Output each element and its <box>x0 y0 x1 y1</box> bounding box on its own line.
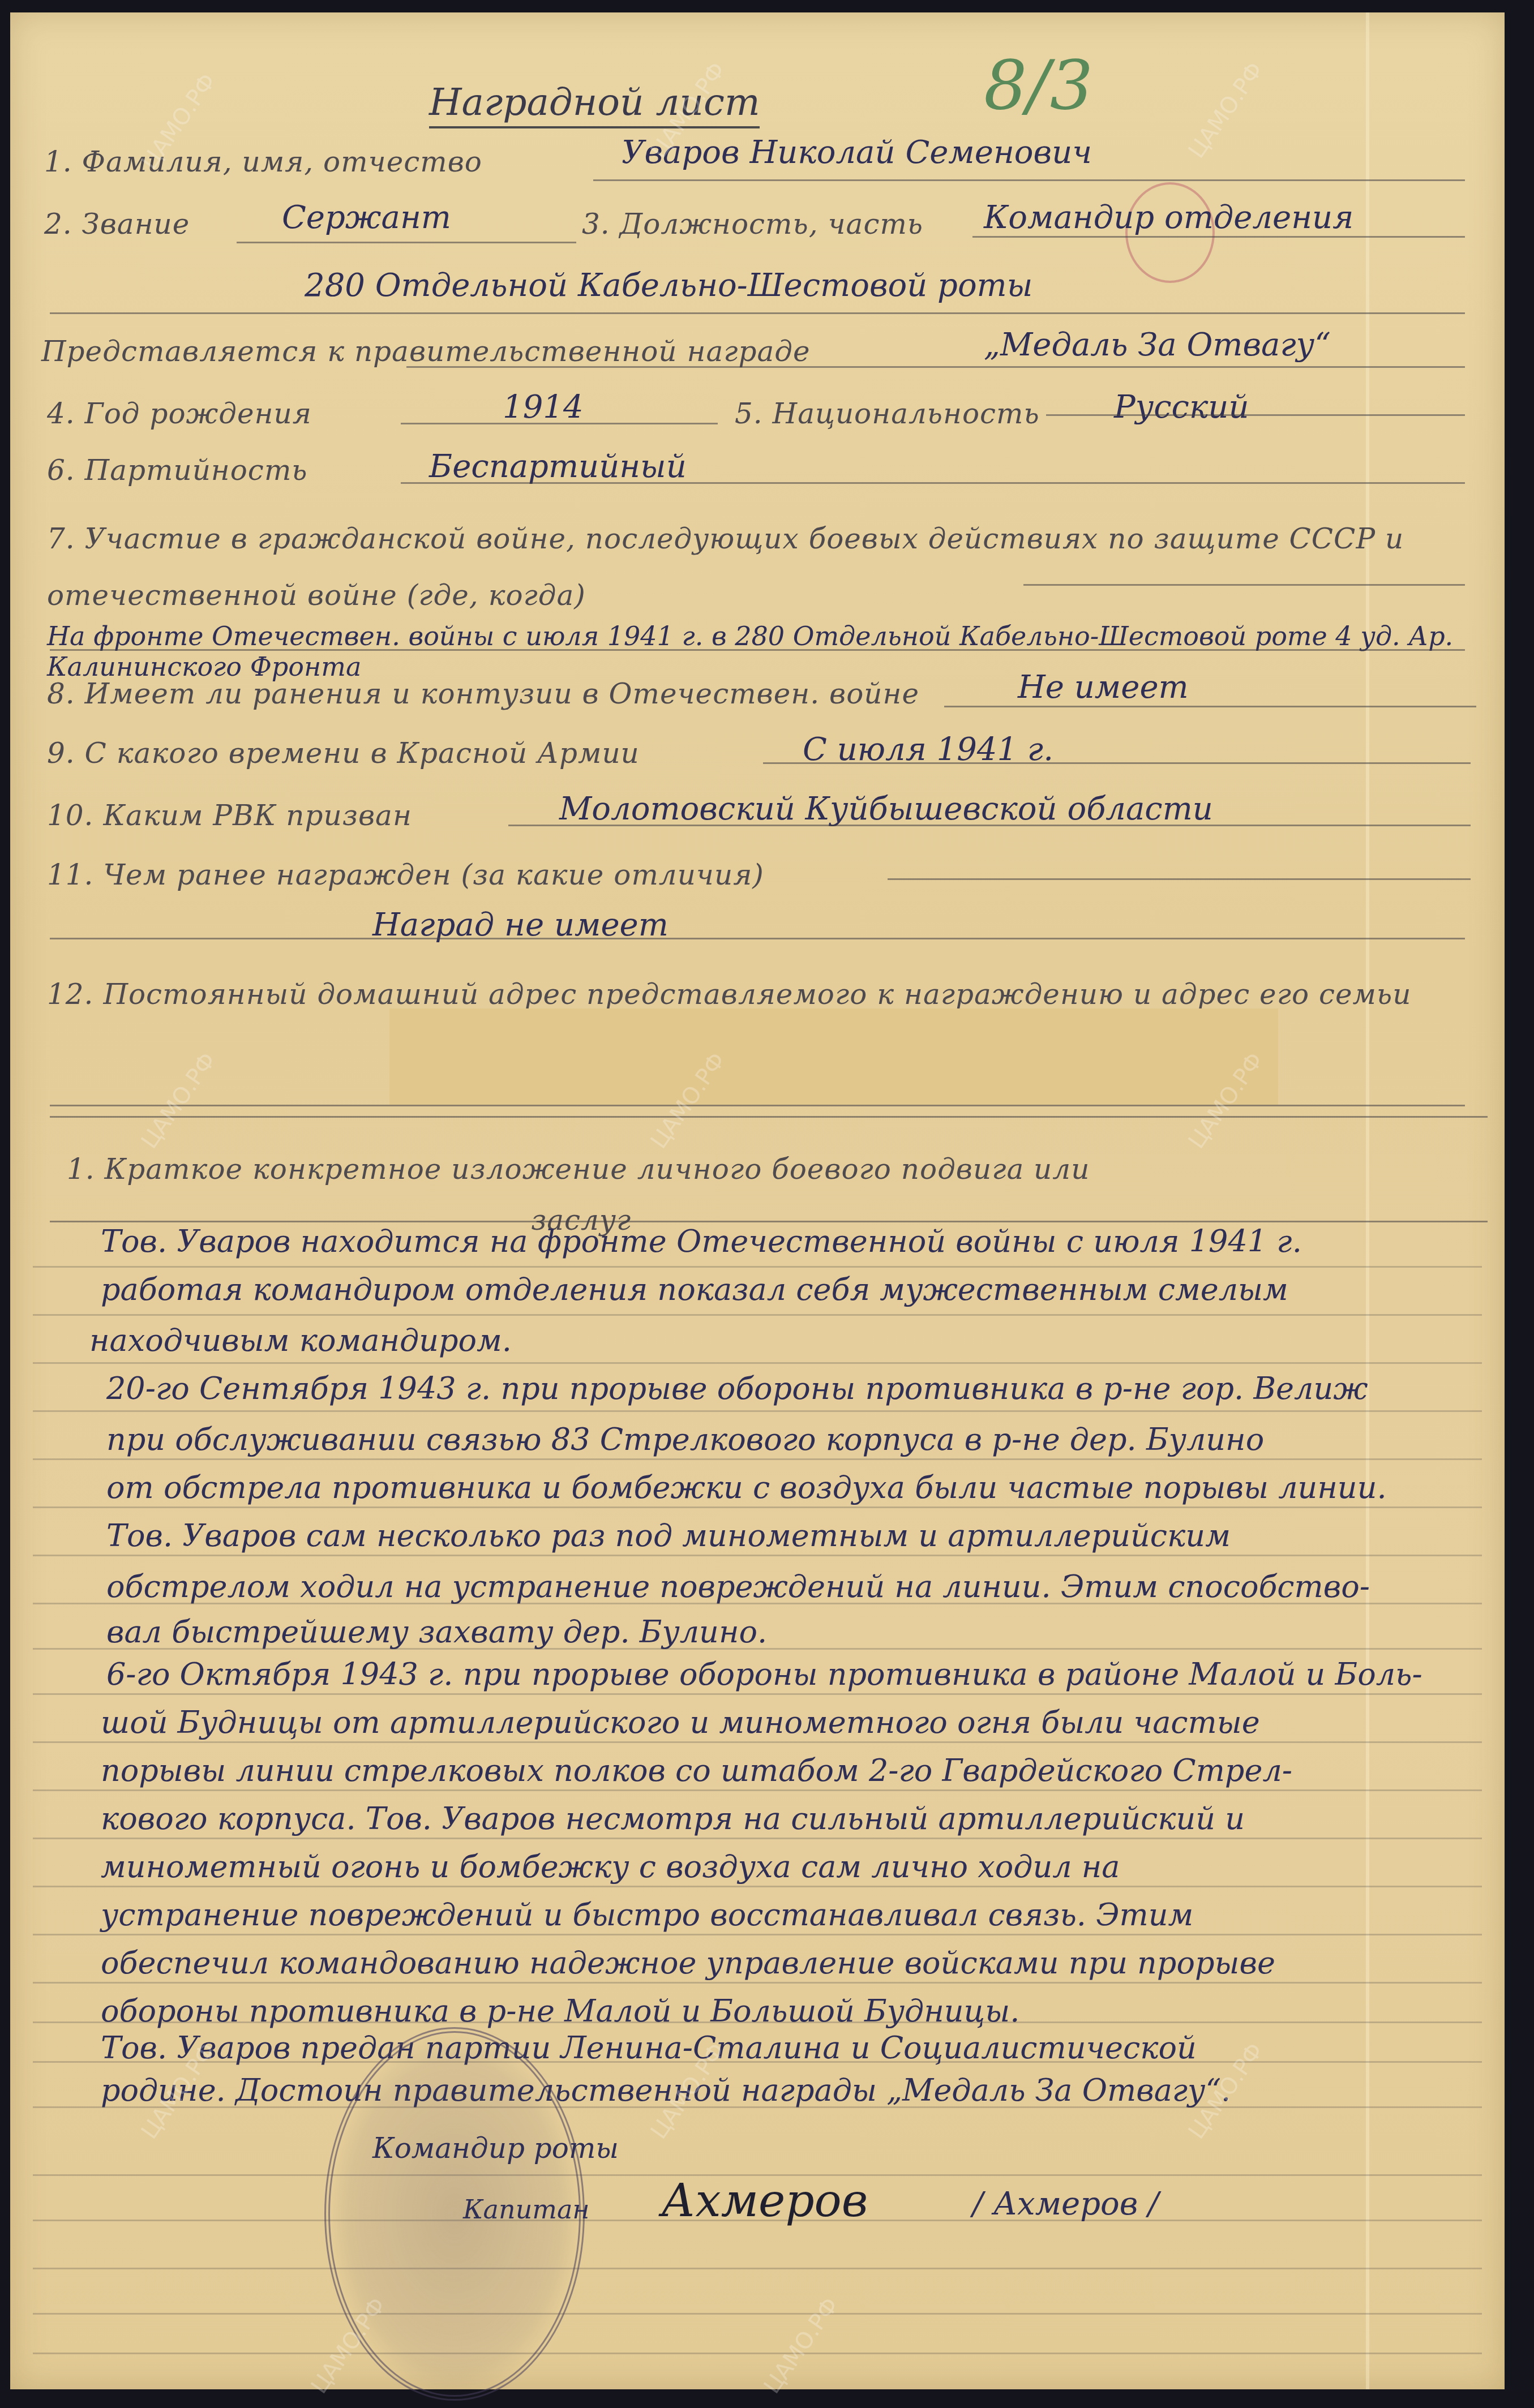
narrative-line: 20-го Сентября 1943 г. при прорыве оборо… <box>106 1371 1368 1406</box>
field-1-value: Уваров Николай Семенович <box>622 134 1092 171</box>
presentation-label: Представляется к правительственной награ… <box>41 335 811 368</box>
narrative-line: 6-го Октября 1943 г. при прорыве обороны… <box>106 1656 1422 1692</box>
field-3-label: 3. Должность, часть <box>582 208 923 241</box>
field-6-label: 6. Партийность <box>47 454 308 487</box>
narrative-line: Тов. Уваров сам несколько раз под миноме… <box>106 1518 1231 1553</box>
field-4-value: 1914 <box>503 389 584 426</box>
narrative-line: находчивым командиром. <box>89 1323 512 1358</box>
paper-fold <box>1366 12 1369 2389</box>
narrative-line: Тов. Уваров находится на фронте Отечеств… <box>101 1224 1302 1259</box>
field-3-value: Командир отделения <box>984 199 1353 236</box>
narrative-line: обстрелом ходил на устранение повреждени… <box>106 1569 1370 1604</box>
watermark: ЦАМО.РФ <box>1184 58 1269 164</box>
signer-rank: Капитан <box>463 2194 590 2225</box>
field-1-label: 1. Фамилия, имя, отчество <box>44 145 482 178</box>
field-2-value: Сержант <box>282 199 451 236</box>
watermark: ЦАМО.РФ <box>759 2293 844 2399</box>
signature-glyph: Ахмеров <box>661 2174 868 2227</box>
narrative-line: Тов. Уваров предан партии Ленина-Сталина… <box>101 2030 1197 2066</box>
field-10-label: 10. Каким РВК призван <box>47 799 412 832</box>
field-6-value: Беспартийный <box>429 448 687 485</box>
margin-pencil-mark: 8/3 <box>984 46 1093 125</box>
narrative-line: минометный огонь и бомбежку с воздуха са… <box>101 1849 1120 1885</box>
narrative-line: от обстрела противника и бомбежки с возд… <box>106 1470 1387 1505</box>
field-3-value-continued: 280 Отдельной Кабельно-Шестовой роты <box>305 267 1032 304</box>
narrative-line: кового корпуса. Тов. Уваров несмотря на … <box>101 1801 1245 1836</box>
narrative-line: работая командиром отделения показал себ… <box>101 1272 1288 1307</box>
field-11-label: 11. Чем ранее награжден (за какие отличи… <box>47 859 764 891</box>
award-sheet: Наградной лист 8/3 1. Фамилия, имя, отче… <box>10 12 1505 2389</box>
field-8-value: Не имеет <box>1018 669 1189 706</box>
section-2-header: 1. Краткое конкретное изложение личного … <box>67 1153 1090 1186</box>
field-4-label: 4. Год рождения <box>47 397 312 430</box>
field-7-value: На фронте Отечествен. войны с июля 1941 … <box>47 621 1473 682</box>
signer-role: Командир роты <box>372 2132 619 2165</box>
redacted-address <box>389 1008 1278 1105</box>
presentation-value: „Медаль За Отвагу“ <box>984 327 1331 363</box>
narrative-line: порывы линии стрелковых полков со штабом… <box>101 1753 1292 1788</box>
signer-name: / Ахмеров / <box>972 2186 1159 2222</box>
field-5-value: Русский <box>1114 389 1249 426</box>
watermark: ЦАМО.РФ <box>136 1048 221 1154</box>
field-10-value: Молотовский Куйбышевской области <box>559 791 1213 827</box>
narrative-line: при обслуживании связью 83 Стрелкового к… <box>106 1422 1264 1457</box>
narrative-line: обороны противника в р-не Малой и Большо… <box>101 1993 1019 2029</box>
narrative-line: устранение повреждений и быстро восстана… <box>101 1897 1193 1933</box>
field-5-label: 5. Национальность <box>735 397 1040 430</box>
narrative-line: обеспечил командованию надежное управлен… <box>101 1945 1275 1981</box>
field-9-label: 9. С какого времени в Красной Армии <box>47 737 640 770</box>
field-2-label: 2. Звание <box>44 208 190 241</box>
field-8-label: 8. Имеет ли ранения и контузии в Отечест… <box>47 677 919 710</box>
field-7-label: 7. Участие в гражданской войне, последую… <box>47 510 1439 624</box>
narrative-line: вал быстрейшему захвату дер. Булино. <box>106 1614 767 1650</box>
narrative-line: шой Будницы от артиллерийского и миномет… <box>101 1705 1260 1740</box>
